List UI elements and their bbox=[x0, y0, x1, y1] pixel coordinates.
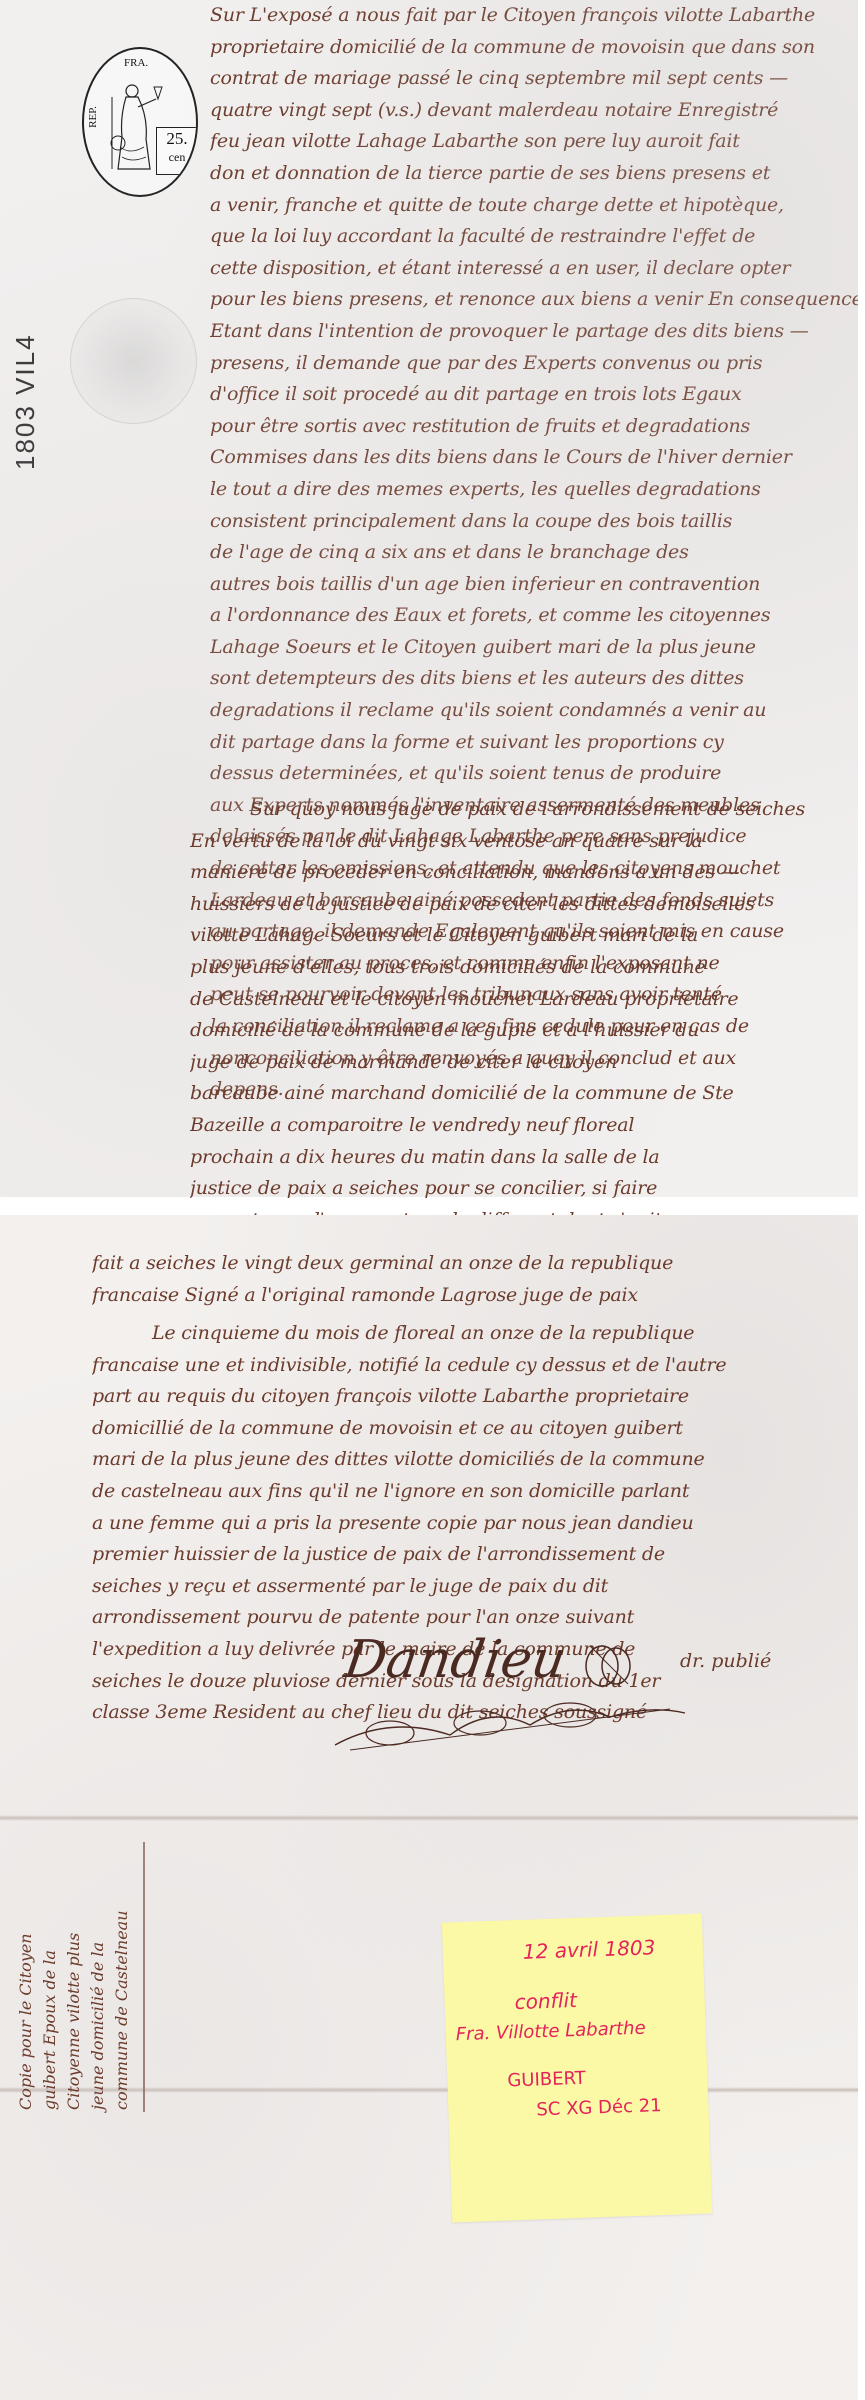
sticky-note-date: 12 avril 1803 bbox=[522, 1935, 655, 1964]
tax-stamp: FRA. REP. 25. cen bbox=[82, 47, 198, 197]
sticky-note-line: Fra. Villotte Labarthe bbox=[455, 2018, 646, 2046]
stamp-value: 25. bbox=[157, 128, 197, 150]
text-line: mari de la plus jeune des dittes vilotte… bbox=[92, 1444, 726, 1476]
text-line: feu jean vilotte Lahage Labarthe son per… bbox=[210, 126, 858, 158]
text-line: En vertu de la loi du vingt six ventose … bbox=[190, 826, 805, 858]
text-line: Commises dans les dits biens dans le Cou… bbox=[210, 442, 858, 474]
embossed-seal bbox=[70, 298, 197, 424]
text-line: dit partage dans la forme et suivant les… bbox=[210, 727, 858, 759]
text-line: pour les biens presens, et renonce aux b… bbox=[210, 284, 858, 316]
text-line: Sur quoy nous juge de paix de l'arrondis… bbox=[190, 794, 805, 826]
text-line: de castelneau aux fins qu'il ne l'ignore… bbox=[92, 1476, 726, 1508]
text-line: premier huissier de la justice de paix d… bbox=[92, 1539, 726, 1571]
stamp-value-box: 25. cen bbox=[156, 127, 198, 175]
text-line: seiches y reçu et assermenté par le juge… bbox=[92, 1571, 726, 1603]
text-line: contrat de mariage passé le cinq septemb… bbox=[210, 63, 858, 95]
text-line: d'office il soit procedé au dit partage … bbox=[210, 379, 858, 411]
text-line: domicillié de la commune de movoisin et … bbox=[92, 1413, 726, 1445]
text-line: le tout a dire des memes experts, les qu… bbox=[210, 474, 858, 506]
text-line: autres bois taillis d'un age bien inferi… bbox=[210, 569, 858, 601]
stamp-unit: cen bbox=[157, 150, 197, 165]
text-line: maniere de proceder en conciliation, man… bbox=[190, 857, 805, 889]
text-line: dessus determinées, et qu'ils soient ten… bbox=[210, 758, 858, 790]
text-line: Bazeille a comparoitre le vendredy neuf … bbox=[190, 1110, 805, 1142]
sticky-note-line: conflit bbox=[514, 1988, 577, 2014]
sticky-note-line: GUIBERT bbox=[507, 2068, 586, 2092]
text-line: domicilié de la commune de la gupie et a… bbox=[190, 1015, 805, 1047]
stamp-side-label: REP. bbox=[87, 106, 99, 128]
text-line: jeune domicilié de la bbox=[86, 1910, 110, 2110]
text-line: cette disposition, et étant interessé a … bbox=[210, 253, 858, 285]
text-line: Le cinquieme du mois de floreal an onze … bbox=[92, 1318, 726, 1350]
text-line: Etant dans l'intention de provoquer le p… bbox=[210, 316, 858, 348]
text-line: justice de paix a seiches pour se concil… bbox=[190, 1173, 805, 1205]
text-line: de Castelneau et le citoyen mouchet Lard… bbox=[190, 984, 805, 1016]
text-line: Copie pour le Citoyen bbox=[14, 1910, 38, 2110]
year-annotation: 1803 VIL4 bbox=[10, 333, 41, 470]
text-line: a une femme qui a pris la presente copie… bbox=[92, 1508, 726, 1540]
text-line: Lahage Soeurs et le Citoyen guibert mari… bbox=[210, 632, 858, 664]
sticky-note-line: SC XG Déc 21 bbox=[536, 2095, 662, 2120]
text-line: part au requis du citoyen françois vilot… bbox=[92, 1381, 726, 1413]
text-line: Sur L'exposé a nous fait par le Citoyen … bbox=[210, 0, 858, 32]
text-line: pour être sortis avec restitution de fru… bbox=[210, 411, 858, 443]
text-line: vilotte Lahage Soeurs et le Citoyen guib… bbox=[190, 920, 805, 952]
text-line: guibert Epoux de la bbox=[38, 1910, 62, 2110]
dated-signoff: fait a seiches le vingt deux germinal an… bbox=[92, 1248, 673, 1311]
text-line: francaise Signé a l'original ramonde Lag… bbox=[92, 1280, 673, 1312]
text-line: presens, il demande que par des Experts … bbox=[210, 348, 858, 380]
text-line: commune de Castelneau bbox=[110, 1910, 134, 2110]
text-line: fait a seiches le vingt deux germinal an… bbox=[92, 1248, 673, 1280]
text-line: degradations il reclame qu'ils soient co… bbox=[210, 695, 858, 727]
signature-suffix: dr. publié bbox=[680, 1650, 771, 1672]
bailiff-signature: Dandieu bbox=[341, 1630, 570, 1690]
text-line: Citoyenne vilotte plus bbox=[62, 1910, 86, 2110]
text-line: de l'age de cinq a six ans et dans le br… bbox=[210, 537, 858, 569]
paper-fold bbox=[0, 1815, 858, 1821]
text-line: sont detempteurs des dits biens et les a… bbox=[210, 663, 858, 695]
text-line: barcaube ainé marchand domicilié de la c… bbox=[190, 1078, 805, 1110]
sticky-note: 12 avril 1803 conflit Fra. Villotte Laba… bbox=[442, 1914, 712, 2223]
text-line: plus jeune d'elles, tous trois domicilié… bbox=[190, 952, 805, 984]
signature-monogram-icon bbox=[580, 1640, 640, 1690]
text-line: a l'ordonnance des Eaux et forets, et co… bbox=[210, 600, 858, 632]
endorsement-text: Copie pour le Citoyen guibert Epoux de l… bbox=[14, 1910, 134, 2110]
text-line: don et donnation de la tierce partie de … bbox=[210, 158, 858, 190]
text-line: huissiers de la justice de paix de citer… bbox=[190, 889, 805, 921]
text-line: consistent principalement dans la coupe … bbox=[210, 506, 858, 538]
endorsement-rule bbox=[143, 1842, 145, 2112]
stamp-top-label: FRA. bbox=[124, 57, 148, 69]
text-line: juge de paix de marmande de citer le cit… bbox=[190, 1047, 805, 1079]
text-line: prochain a dix heures du matin dans la s… bbox=[190, 1142, 805, 1174]
text-line: proprietaire domicilié de la commune de … bbox=[210, 32, 858, 64]
summons-text: Sur quoy nous juge de paix de l'arrondis… bbox=[190, 794, 805, 1236]
text-line: francaise une et indivisible, notifié la… bbox=[92, 1350, 726, 1382]
text-line: que la loi luy accordant la faculté de r… bbox=[210, 221, 858, 253]
text-line: a venir, franche et quitte de toute char… bbox=[210, 190, 858, 222]
signature-flourish-icon bbox=[330, 1695, 690, 1755]
text-line: quatre vingt sept (v.s.) devant malerdea… bbox=[210, 95, 858, 127]
